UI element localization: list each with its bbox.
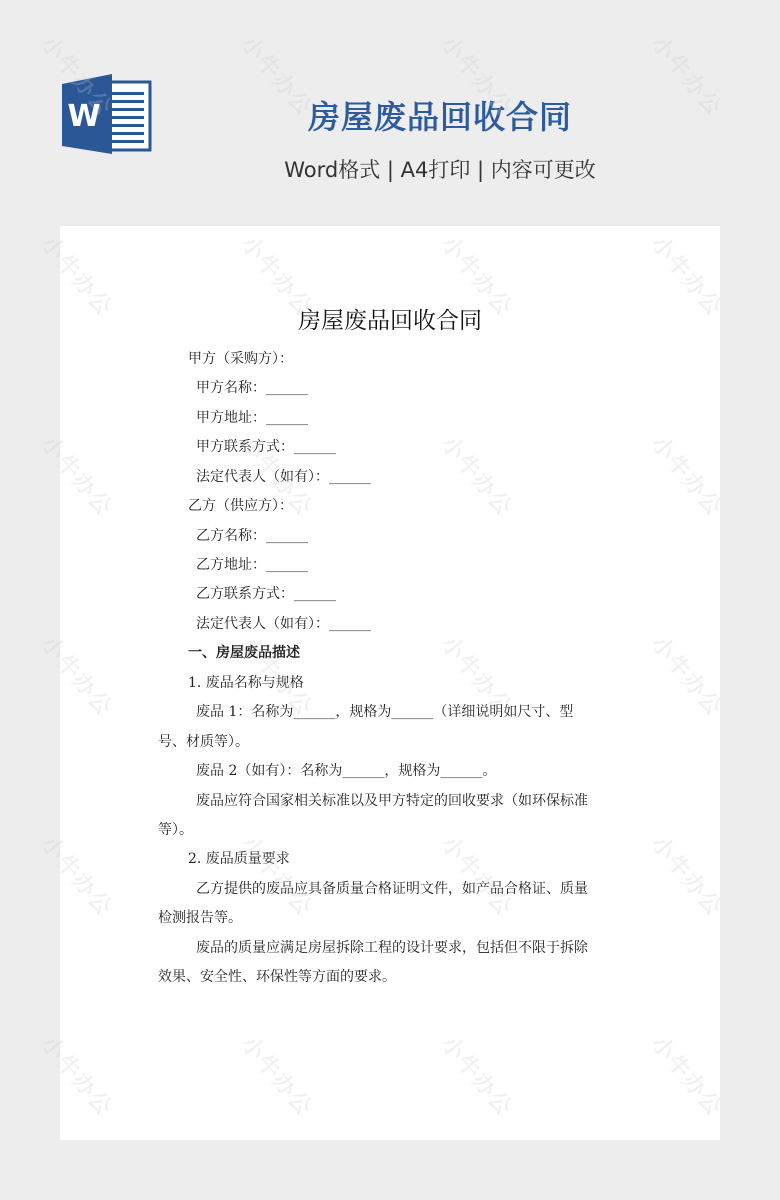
party-a-legal-rep: 法定代表人（如有）：______ <box>196 467 371 487</box>
paragraph-quality: 废品的质量应满足房屋拆除工程的设计要求，包括但不限于拆除 <box>196 938 588 958</box>
watermark: 小牛办公 <box>645 29 730 122</box>
party-a-address: 甲方地址：______ <box>196 408 308 428</box>
party-b-name: 乙方名称：______ <box>196 526 308 546</box>
document-title: 房屋废品回收合同 <box>60 302 720 335</box>
subsection-1-2: 2. 废品质量要求 <box>188 849 290 869</box>
paragraph-item-2: 废品 2（如有）：名称为______，规格为______。 <box>196 761 496 781</box>
party-a-name: 甲方名称：______ <box>196 378 308 398</box>
header-title: 房屋废品回收合同 <box>240 92 640 138</box>
subsection-1-1: 1. 废品名称与规格 <box>188 673 304 693</box>
svg-text:W: W <box>67 99 100 134</box>
paragraph-item-1-cont: 号、材质等）。 <box>158 732 249 752</box>
party-b-heading: 乙方（供应方）： <box>188 496 293 516</box>
paragraph-certificates: 乙方提供的废品应具备质量合格证明文件，如产品合格证、质量 <box>196 879 588 899</box>
paragraph-certificates-cont: 检测报告等。 <box>158 908 242 928</box>
document-page: 房屋废品回收合同 甲方（采购方）： 甲方名称：______ 甲方地址：_____… <box>60 226 720 1140</box>
paragraph-standards-cont: 等）。 <box>158 820 193 840</box>
party-a-contact: 甲方联系方式：______ <box>196 437 336 457</box>
party-b-address: 乙方地址：______ <box>196 555 308 575</box>
paragraph-item-1: 废品 1：名称为______，规格为______（详细说明如尺寸、型 <box>196 702 573 722</box>
party-a-heading: 甲方（采购方）： <box>188 349 293 369</box>
paragraph-quality-cont: 效果、安全性、环保性等方面的要求。 <box>158 967 396 987</box>
paragraph-standards: 废品应符合国家相关标准以及甲方特定的回收要求（如环保标准 <box>196 791 588 811</box>
word-icon: W <box>60 72 154 156</box>
party-b-legal-rep: 法定代表人（如有）：______ <box>196 614 371 634</box>
party-b-contact: 乙方联系方式：______ <box>196 584 336 604</box>
section-1-heading: 一、房屋废品描述 <box>188 643 300 663</box>
header-subtitle: Word格式 | A4打印 | 内容可更改 <box>200 154 680 184</box>
